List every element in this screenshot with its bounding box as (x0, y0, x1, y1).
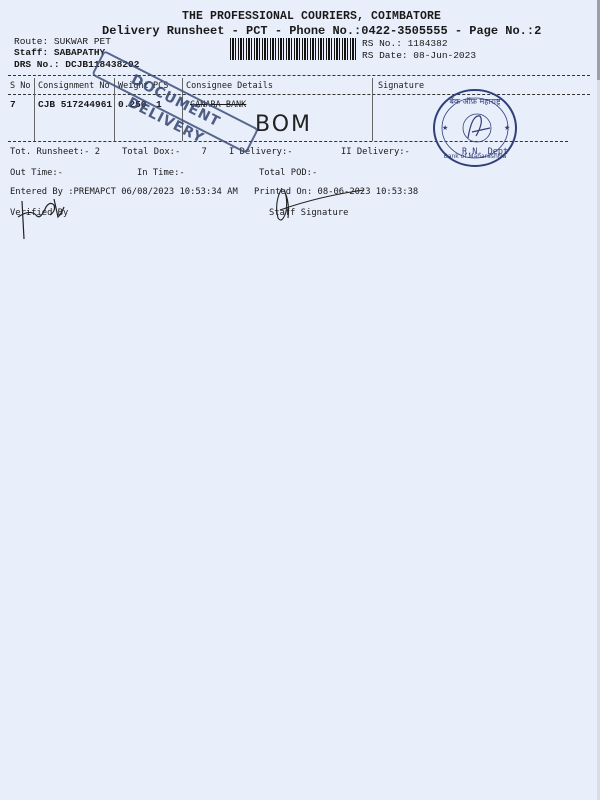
verifier-signature-icon (10, 195, 80, 245)
barcode (230, 38, 358, 60)
svg-text:★: ★ (504, 124, 510, 132)
rs-date: RS Date: 08-Jun-2023 (362, 50, 476, 61)
col-header-signature: Signature (378, 81, 424, 91)
out-time: Out Time:- (10, 168, 63, 178)
col-header-consignee: Consignee Details (186, 81, 273, 91)
handwritten-note: BOM (255, 112, 312, 137)
staff-label: Staff: SABAPATHY (14, 47, 105, 58)
col-sep (372, 78, 373, 141)
second-delivery: II Delivery:- (341, 147, 410, 157)
runsheet-title: Delivery Runsheet - PCT - Phone No.:0422… (102, 24, 541, 38)
total-pod: Total POD:- (259, 168, 317, 178)
svg-text:★: ★ (442, 124, 448, 132)
route-label: Route: SUKWAR PET (14, 36, 111, 47)
rs-number: RS No.: 1184382 (362, 38, 448, 49)
svg-text:बैंक ऑफ़ महाराष्ट्र: बैंक ऑफ़ महाराष्ट्र (449, 96, 501, 106)
in-time: In Time:- (137, 168, 185, 178)
bank-stamp-caption: R.N. Dept (462, 147, 508, 157)
company-title: THE PROFESSIONAL COURIERS, COIMBATORE (182, 10, 441, 23)
col-header-sno: S No (10, 81, 30, 91)
cell-sno: 7 (10, 99, 16, 110)
cell-consignment-no: CJB 517244961 (38, 99, 112, 110)
tot-runsheet: Tot. Runsheet:- 2 (10, 147, 100, 157)
col-sep (34, 78, 35, 141)
staff-signature-icon (260, 182, 370, 227)
total-dox: Total Dox:- 7 (122, 147, 207, 157)
col-header-consignment: Consignment No (38, 81, 110, 91)
